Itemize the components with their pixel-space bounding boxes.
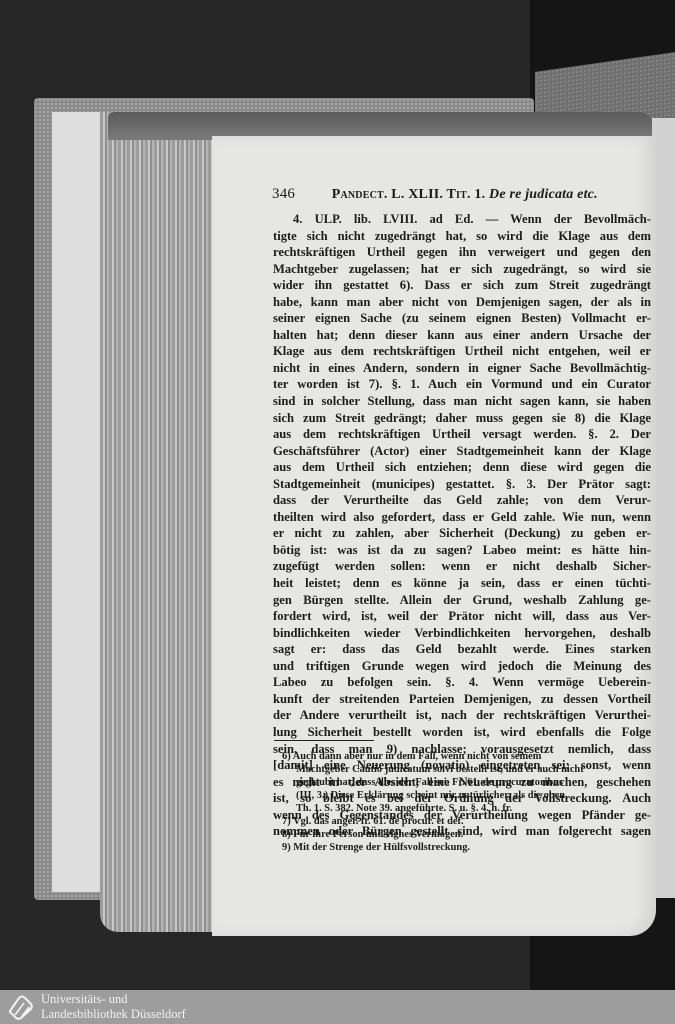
body-line: rechtskräftigen Urtheil gegen ihn verwei… <box>273 244 651 261</box>
body-line: Klage aus dem rechtskräftigen Urtheil ni… <box>273 343 651 360</box>
body-line: und triftigen Grunde wegen wird jedoch d… <box>273 658 651 675</box>
body-line: nicht in eines Andern, sondern in eigner… <box>273 360 651 377</box>
footnote-text: Auch dann aber nur in dem Fall, wenn nic… <box>293 751 542 762</box>
body-line: kunft der streitenden Parteien Demjenige… <box>273 691 651 708</box>
footnote-line: Th. 1. S. 382. Note 39. angeführte. S. u… <box>282 802 652 815</box>
body-line: sich zum Streit gedrängt; daher muss geg… <box>273 410 651 427</box>
body-text: 4. ULP. lib. LVIII. ad Ed. — Wenn der Be… <box>273 211 651 840</box>
body-line: halten hat; denn dieser kann aus einer a… <box>273 327 651 344</box>
footnote-line: Machtgeber Cautio judicatum solvi bestel… <box>282 763 652 776</box>
running-head-section: Pandect. L. XLII. Tit. 1. <box>332 187 486 202</box>
page-block-edge <box>100 112 220 932</box>
body-line: lung Sicherheit bestellt worden ist, wir… <box>273 724 651 741</box>
page-number: 346 <box>272 186 328 203</box>
footnote-line: geglaubt hat, dass dies der Fall sei. Fr… <box>282 776 652 789</box>
body-line: bötig ist: was ist da zu sagen? Labeo me… <box>273 542 651 559</box>
footnote-text: Vgl. das angef. fr. 61. de procur. et de… <box>293 816 463 827</box>
body-line: theilten wird also gefordert, dass er Ge… <box>273 509 651 526</box>
body-line: sind in solcher Stellung, dass man nicht… <box>273 393 651 410</box>
body-line: heit leistet; denn es könne ja sein, das… <box>273 575 651 592</box>
body-line: der Andere verurtheilt ist, nach der rec… <box>273 707 651 724</box>
library-name: Universitäts- und Landesbibliothek Düsse… <box>41 992 186 1021</box>
ulb-book-logo-icon <box>6 994 34 1020</box>
footnotes: 6) Auch dann aber nur in dem Fall, wenn … <box>282 750 652 854</box>
body-line: aus dem Urtheil sich entziehen; denn die… <box>273 459 651 476</box>
body-line: habe, kann man aber nicht von Demjenigen… <box>273 294 651 311</box>
footnote-rule <box>274 740 374 741</box>
running-head-title: De re judicata etc. <box>489 187 598 202</box>
footnote-text: Mit der Strenge der Hülfsvollstreckung. <box>293 842 470 853</box>
body-line: seiner eignen Sache (zu seinem eignen Be… <box>273 310 651 327</box>
body-line: aus dem rechtskräftigen Urtheil versagt … <box>273 426 651 443</box>
body-line: gen Bürgen stellte. Allein der Grund, we… <box>273 592 651 609</box>
footnote-text: Für ihre Person und eignes Vermögen. <box>293 829 463 840</box>
body-line: bindlichkeiten wieder Verbindlichkeiten … <box>273 625 651 642</box>
body-line: wider ihn gestattet 6). Dass er sich zum… <box>273 277 651 294</box>
body-line: sagt er: dass das Geld bezahlt werde. Ei… <box>273 641 651 658</box>
body-line: Stadtgemeinheit (municipes) gestattet. §… <box>273 476 651 493</box>
footnote-mark: 9) <box>282 842 291 853</box>
footnote-line: 6) Auch dann aber nur in dem Fall, wenn … <box>282 750 652 763</box>
library-name-line2: Landesbibliothek Düsseldorf <box>41 1007 186 1022</box>
body-line: er nicht zu zahlen, aber Sicherheit (Dec… <box>273 525 651 542</box>
body-line: Geschäftsführer (Actor) einer Stadtgemei… <box>273 443 651 460</box>
footnote-mark: 8) <box>282 829 291 840</box>
body-line: 4. ULP. lib. LVIII. ad Ed. — Wenn der Be… <box>273 211 651 228</box>
body-line: Machtgeber zugelassen; hat er sich zuged… <box>273 261 651 278</box>
body-line: fordert wird, ist, weil der Prätor nicht… <box>273 608 651 625</box>
footnote-mark: 6) <box>282 751 291 762</box>
running-head: 346 Pandect. L. XLII. Tit. 1. De re judi… <box>272 186 652 203</box>
body-line: Labeo zu befolgen sein. §. 4. Wenn vermö… <box>273 674 651 691</box>
footnote-line: 8) Für ihre Person und eignes Vermögen. <box>282 828 652 841</box>
library-name-line1: Universitäts- und <box>41 992 186 1007</box>
body-line: ter worden ist 7). §. 1. Auch ein Vormun… <box>273 376 651 393</box>
footnote-line: 9) Mit der Strenge der Hülfsvollstreckun… <box>282 841 652 854</box>
footnote-mark: 7) <box>282 816 291 827</box>
footnote-line: 7) Vgl. das angef. fr. 61. de procur. et… <box>282 815 652 828</box>
body-line: zugefügt werden sollen: wenn er nicht de… <box>273 558 651 575</box>
body-line: dass der Verurtheilte das Geld zahle; vo… <box>273 492 651 509</box>
body-line: tigte sich nicht zugedrängt hat, so wird… <box>273 228 651 245</box>
footnote-line: (III, 3.) Diese Erklärung scheint mir na… <box>282 789 652 802</box>
